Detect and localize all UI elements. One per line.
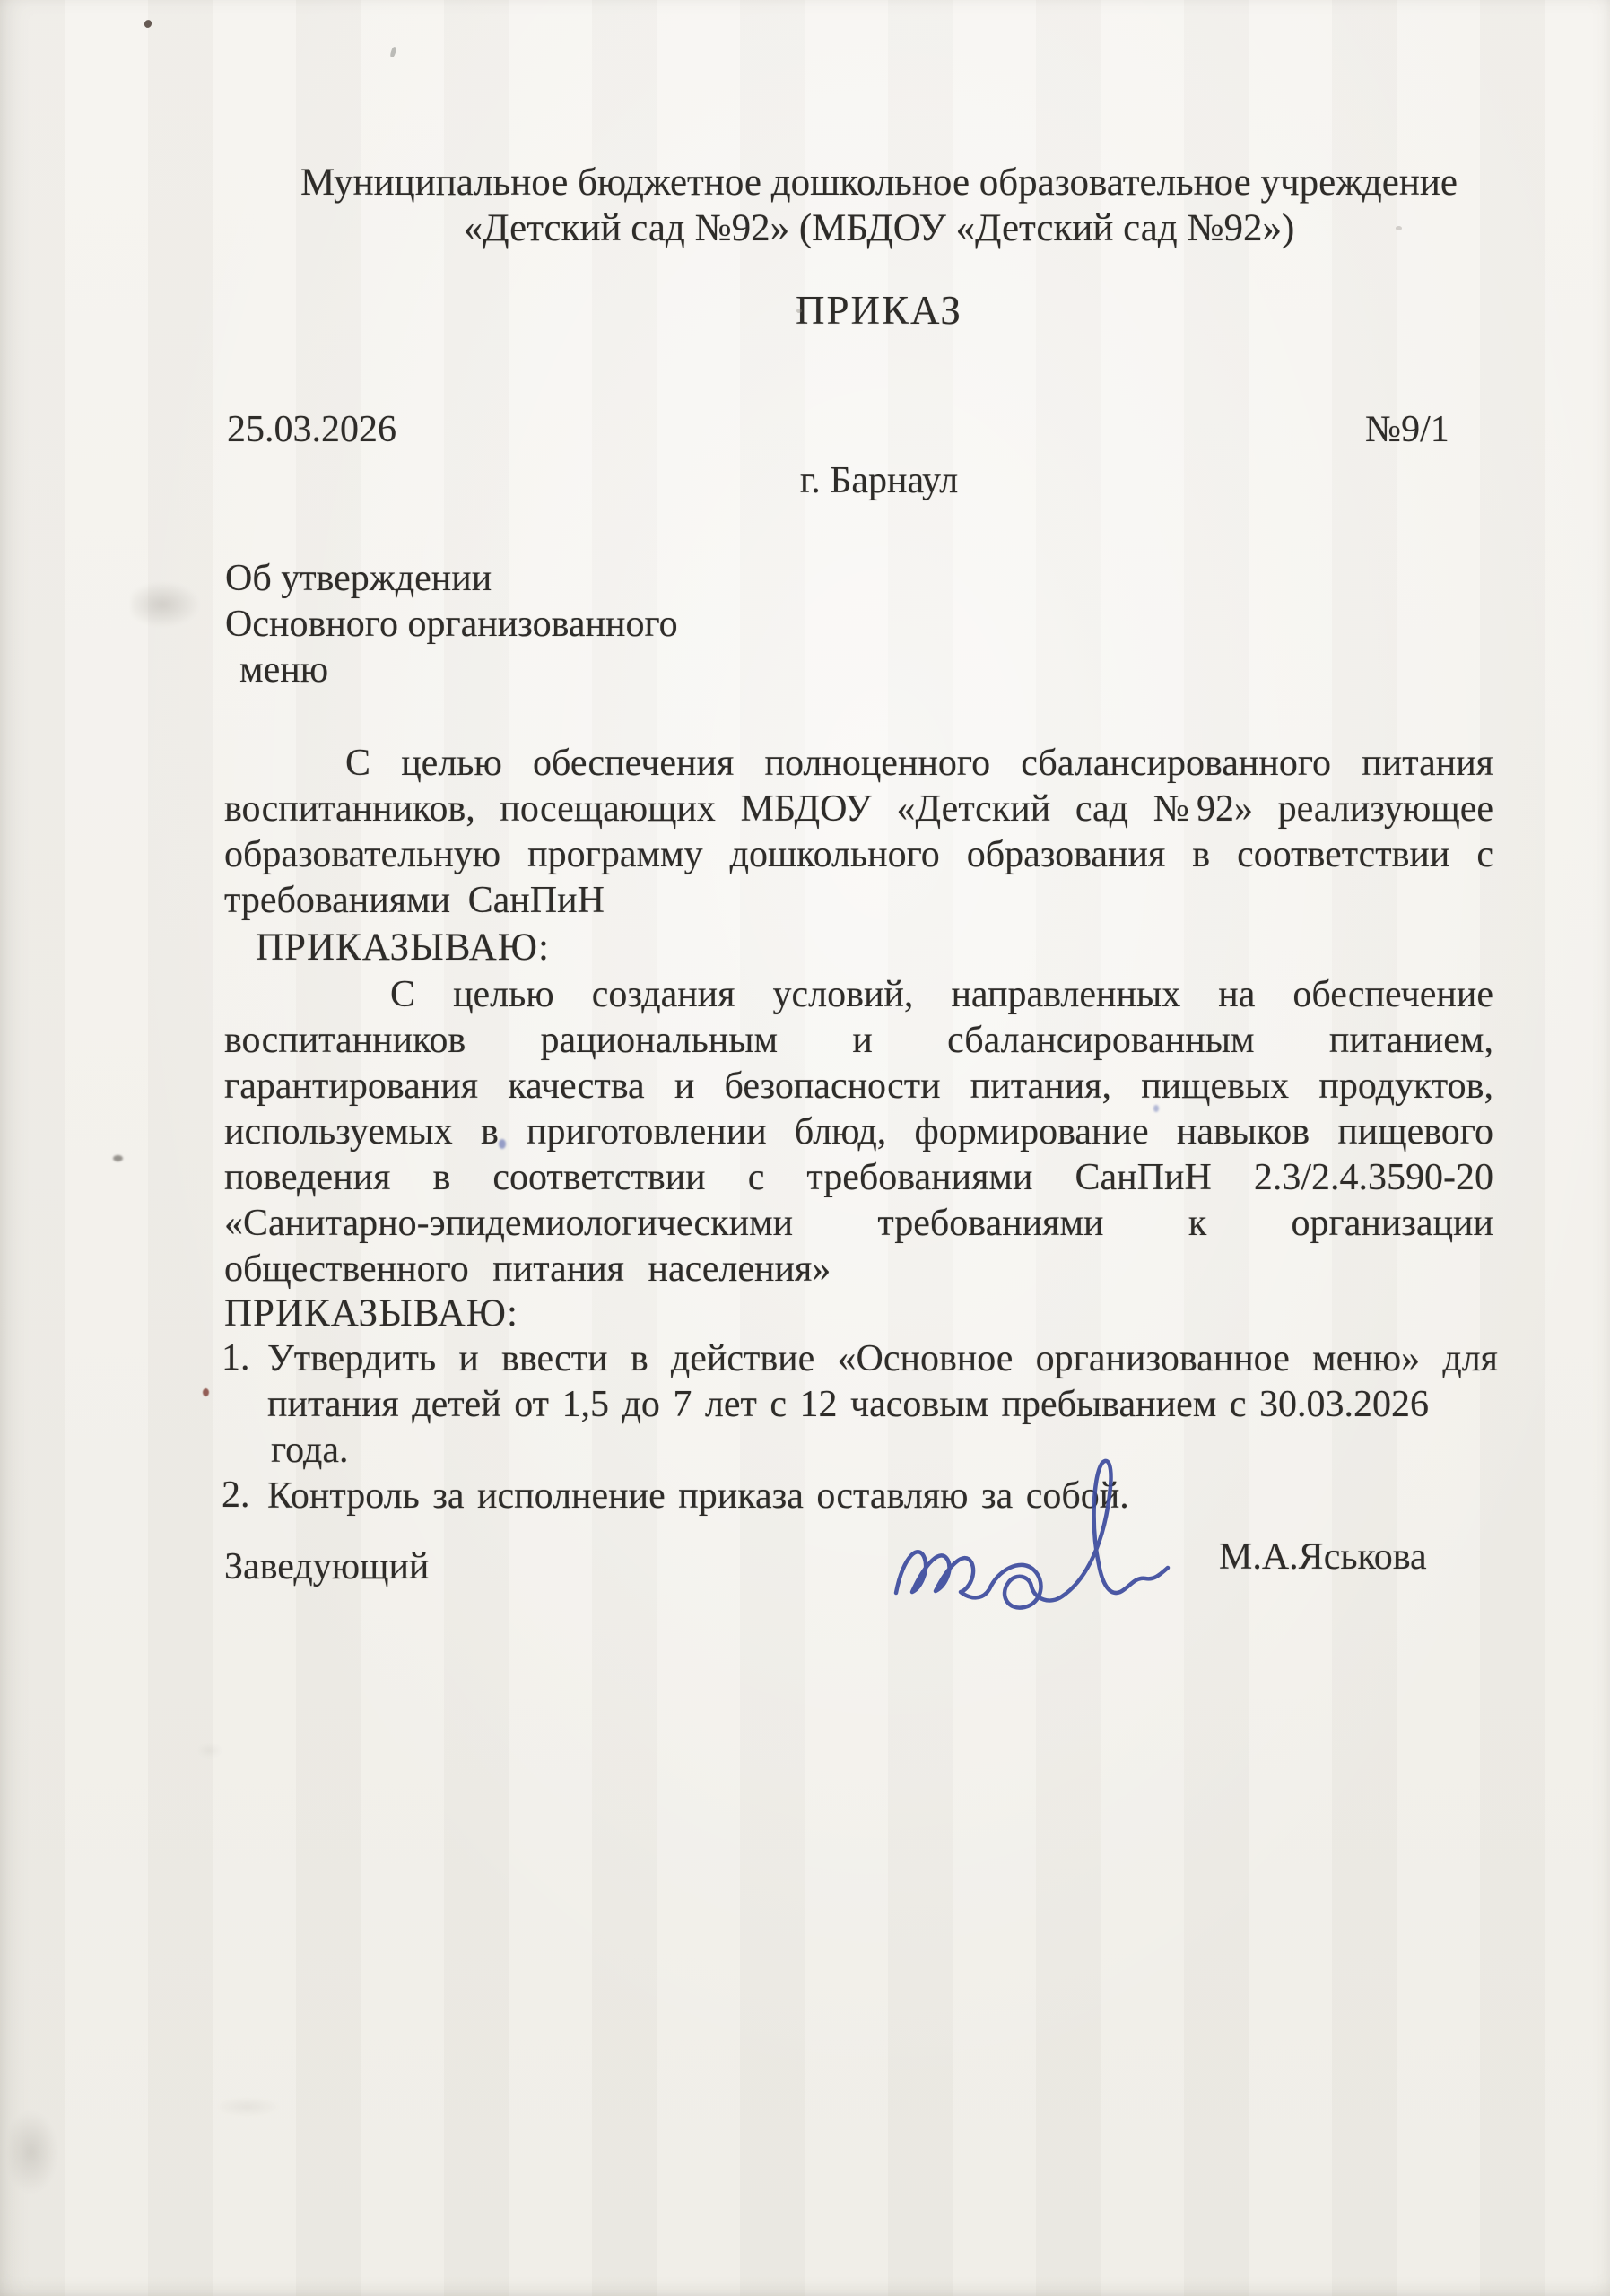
scan-smudge <box>219 2097 282 2117</box>
org-name-line2: «Детский сад №92» (МБДОУ «Детский сад №9… <box>233 205 1525 251</box>
scan-speck <box>143 19 152 30</box>
paragraph-justification: С целью создания условий, направленных н… <box>224 972 1493 1292</box>
document-subject: Об утверждении Основного организованного… <box>225 556 678 693</box>
signatory-name: М.А.Яськова <box>1219 1535 1427 1578</box>
scan-speck <box>389 47 396 58</box>
subject-line1: Об утверждении <box>225 556 678 602</box>
document-city: г. Барнаул <box>233 459 1525 502</box>
ink-speck <box>499 1139 506 1149</box>
order-item-2-text: Контроль за исполнение приказа оставляю … <box>267 1474 1498 1519</box>
scanned-order-document: Муниципальное бюджетное дошкольное образ… <box>0 0 1610 2296</box>
signatory-position: Заведующий <box>224 1545 429 1588</box>
org-name-line1: Муниципальное бюджетное дошкольное образ… <box>233 160 1525 205</box>
org-name: Муниципальное бюджетное дошкольное образ… <box>233 160 1525 251</box>
handwritten-signature-ink <box>883 1442 1215 1644</box>
order-word-inline: ПРИКАЗЫВАЮ: <box>256 926 550 970</box>
order-item-1-number: 1. <box>222 1336 250 1379</box>
ink-speck <box>1153 1105 1159 1112</box>
scan-smudge <box>9 2109 58 2195</box>
scan-smudge <box>199 1744 222 1758</box>
scan-speck <box>203 1388 209 1396</box>
order-item-2-number: 2. <box>222 1474 250 1517</box>
scan-smudge <box>131 581 201 628</box>
subject-line3: меню <box>225 648 678 693</box>
scan-speck <box>796 309 802 313</box>
document-date: 25.03.2026 <box>227 408 396 451</box>
order-word: ПРИКАЗЫВАЮ: <box>224 1291 518 1335</box>
scan-speck <box>113 1155 123 1161</box>
subject-line2: Основного организованного <box>225 602 678 648</box>
scan-speck <box>1396 226 1402 230</box>
document-title: ПРИКАЗ <box>233 287 1525 334</box>
order-item-1-text: Утвердить и ввести в действие «Основное … <box>267 1336 1498 1428</box>
document-number: №9/1 <box>1365 408 1449 451</box>
paragraph-purpose: С целью обеспечения полноценного сбаланс… <box>224 741 1493 924</box>
